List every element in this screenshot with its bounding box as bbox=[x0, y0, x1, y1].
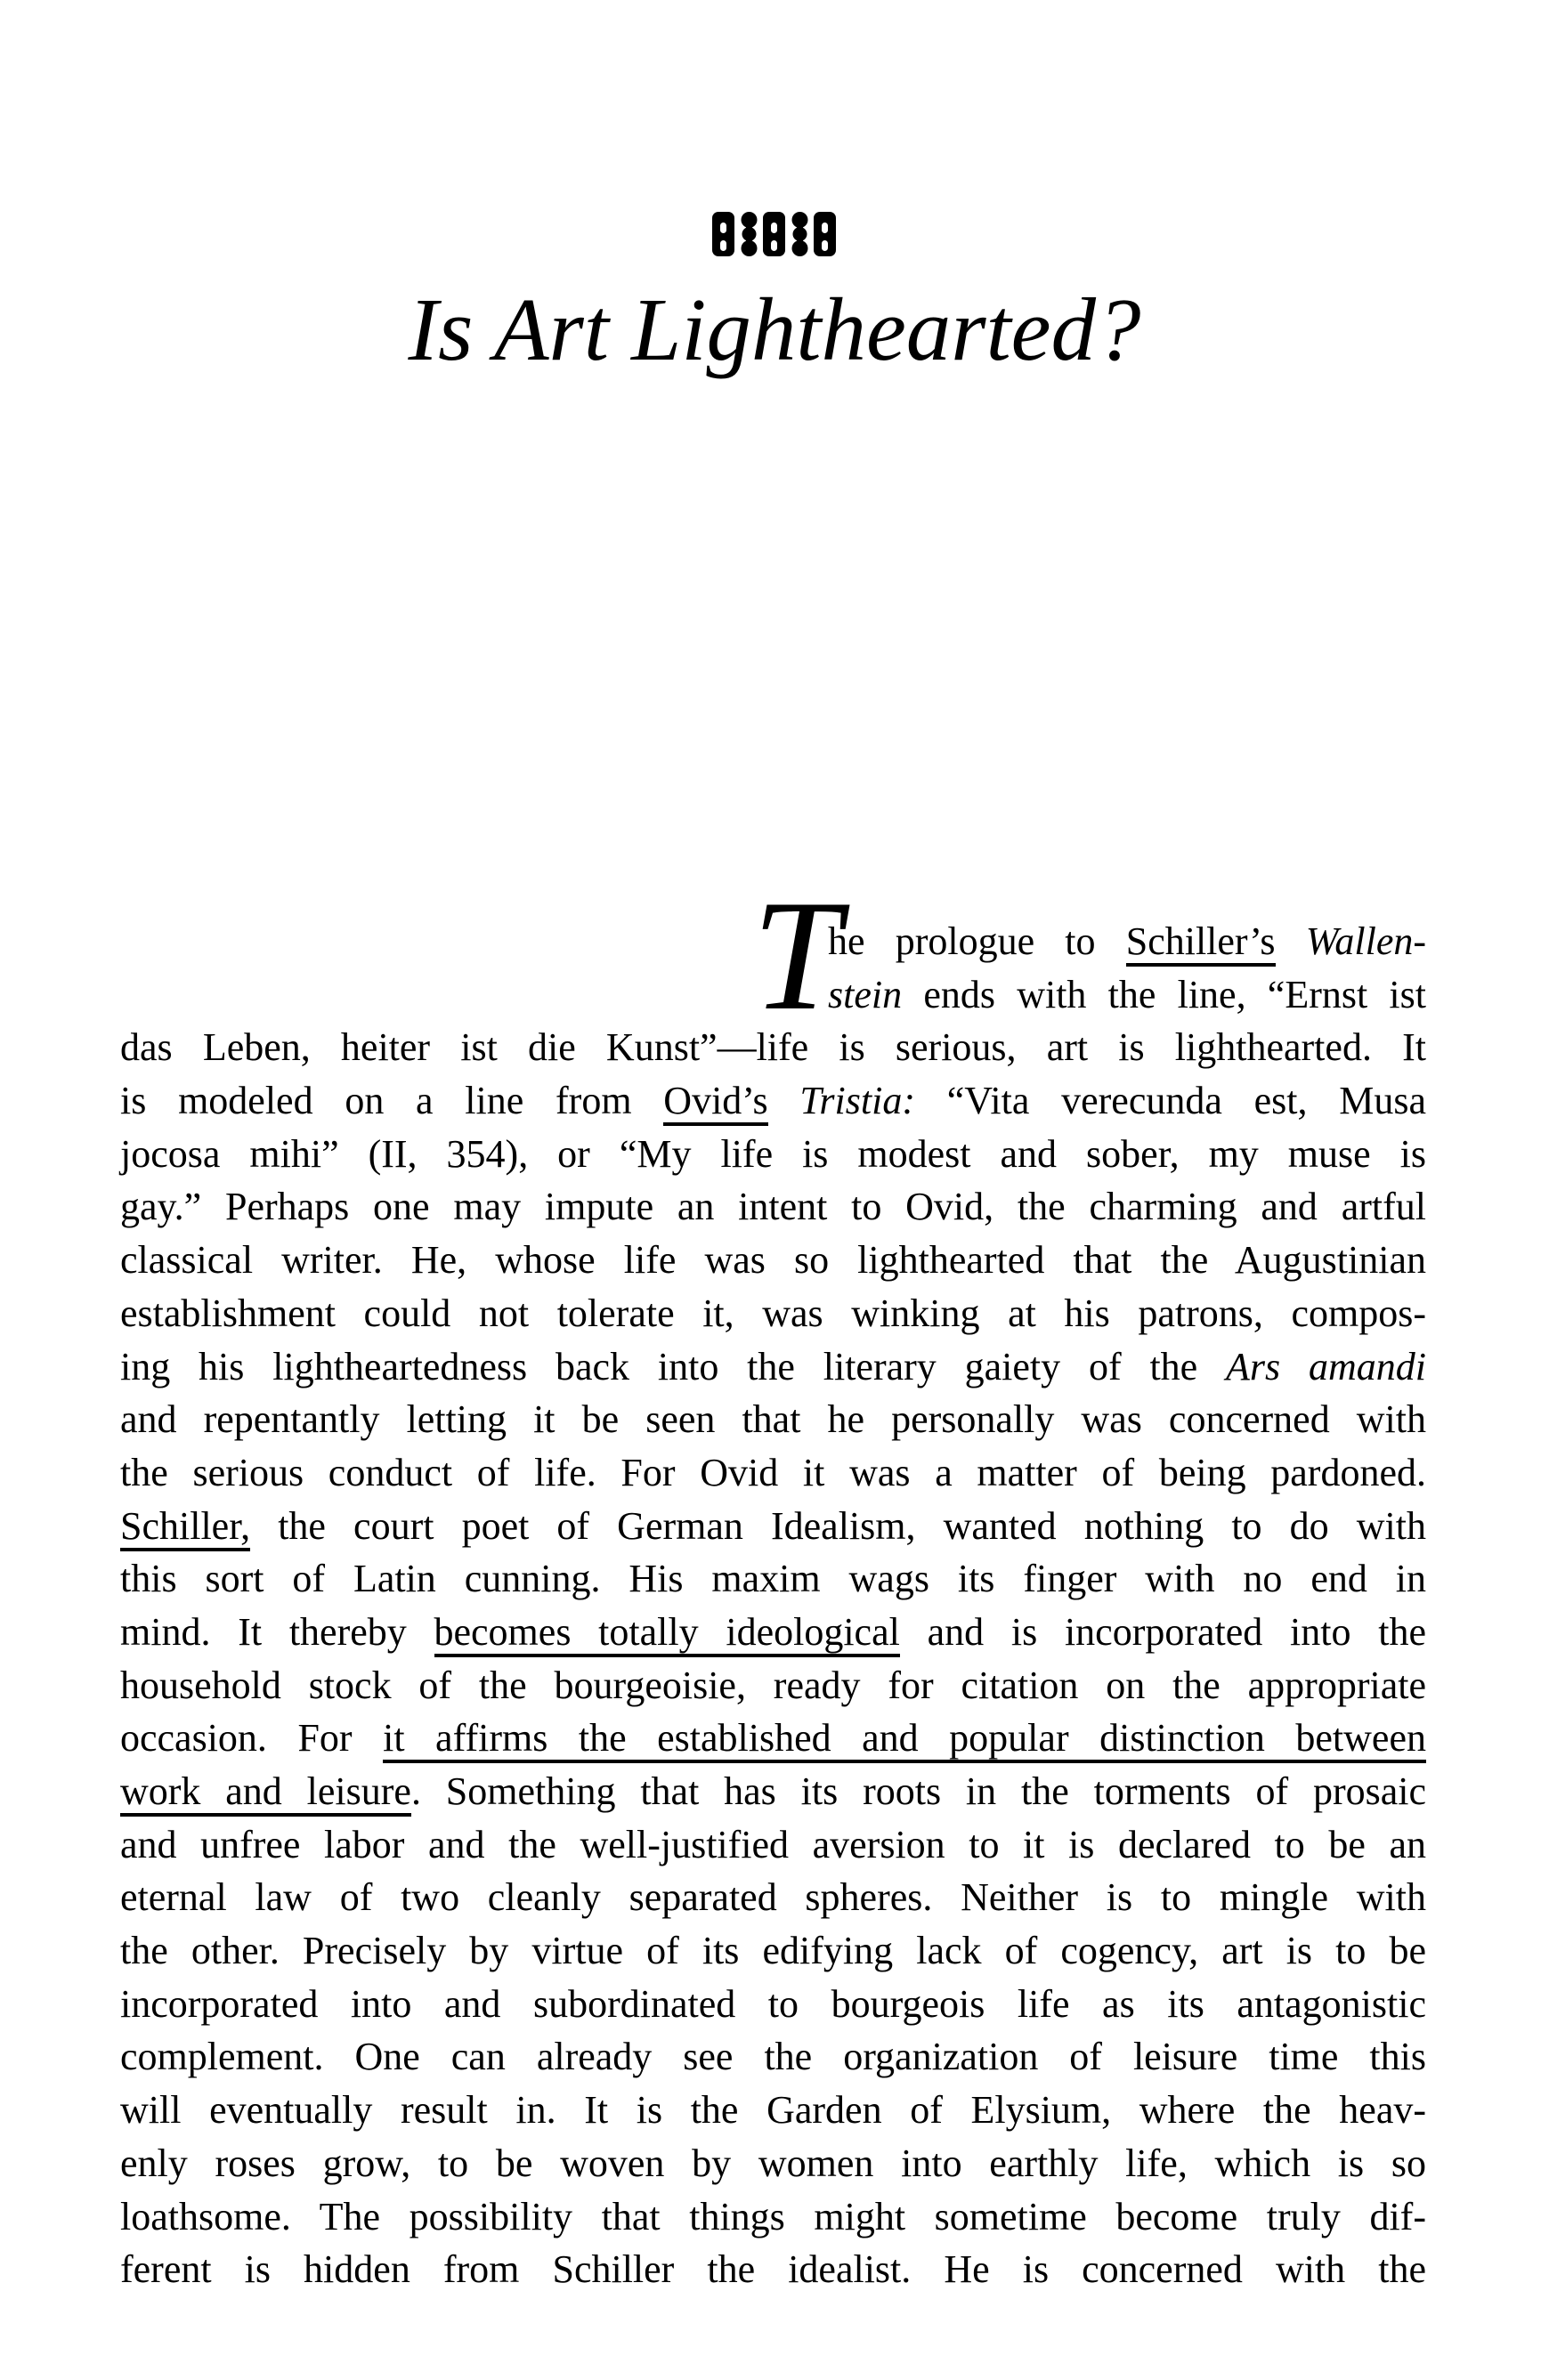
underlined-text-segment: it affirms the established and popular d… bbox=[383, 1716, 1426, 1763]
text-line: he prologue to Schiller’s Wallen- bbox=[828, 915, 1426, 968]
text-segment: ends with the line, “Ernst ist bbox=[902, 973, 1426, 1016]
text-segment: loathsome. The possibility that things m… bbox=[120, 2195, 1426, 2238]
text-line: loathsome. The possibility that things m… bbox=[120, 2190, 1426, 2244]
text-line: stein ends with the line, “Ernst ist bbox=[828, 968, 1426, 1022]
text-segment: enly roses grow, to be woven by women in… bbox=[120, 2141, 1426, 2185]
text-line: jocosa mihi” (II, 354), or “My life is m… bbox=[120, 1128, 1426, 1181]
underlined-text-segment: Schiller’s bbox=[1126, 919, 1276, 967]
text-segment: mind. It thereby bbox=[120, 1610, 434, 1654]
text-segment: jocosa mihi” (II, 354), or “My life is m… bbox=[120, 1132, 1426, 1176]
text-segment: household stock of the bourgeoisie, read… bbox=[120, 1664, 1426, 1707]
text-line: ing his lightheartedness back into the l… bbox=[120, 1340, 1426, 1394]
text-line: ferent is hidden from Schiller the ideal… bbox=[120, 2243, 1426, 2296]
text-line: Schiller, the court poet of German Ideal… bbox=[120, 1500, 1426, 1553]
text-segment: the serious conduct of life. For Ovid it… bbox=[120, 1451, 1426, 1494]
text-segment: and repentantly letting it be seen that … bbox=[120, 1397, 1426, 1441]
underlined-text-segment: becomes totally ideological bbox=[434, 1610, 900, 1657]
text-line: will eventually result in. It is the Gar… bbox=[120, 2084, 1426, 2137]
text-segment: the court poet of German Idealism, wante… bbox=[250, 1504, 1426, 1548]
text-line: das Leben, heiter ist die Kunst”—life is… bbox=[120, 1021, 1426, 1074]
text-segment: and is incorporated into the bbox=[900, 1610, 1426, 1654]
underlined-text-segment: work and leisure bbox=[120, 1769, 411, 1817]
text-segment bbox=[768, 1079, 800, 1122]
text-line: gay.” Perhaps one may impute an intent t… bbox=[120, 1180, 1426, 1234]
text-line: incorporated into and subordinated to bo… bbox=[120, 1978, 1426, 2031]
text-segment: complement. One can already see the orga… bbox=[120, 2035, 1426, 2078]
body-text: he prologue to Schiller’s Wallen-stein e… bbox=[120, 915, 1426, 2296]
text-segment: incorporated into and subordinated to bo… bbox=[120, 1982, 1426, 2026]
text-line: the serious conduct of life. For Ovid it… bbox=[120, 1446, 1426, 1500]
text-segment: Tristia: bbox=[799, 1079, 915, 1122]
text-line: household stock of the bourgeoisie, read… bbox=[120, 1659, 1426, 1712]
text-segment: ing his lightheartedness back into the l… bbox=[120, 1345, 1226, 1388]
text-line: establishment could not tolerate it, was… bbox=[120, 1287, 1426, 1340]
text-line: enly roses grow, to be woven by women in… bbox=[120, 2137, 1426, 2190]
text-line: classical writer. He, whose life was so … bbox=[120, 1234, 1426, 1287]
text-segment: the other. Precisely by virtue of its ed… bbox=[120, 1929, 1426, 1972]
text-segment: “Vita verecunda est, Musa bbox=[915, 1079, 1426, 1122]
text-segment: classical writer. He, whose life was so … bbox=[120, 1238, 1426, 1282]
underlined-text-segment: Schiller, bbox=[120, 1504, 250, 1551]
text-segment: gay.” Perhaps one may impute an intent t… bbox=[120, 1185, 1426, 1228]
text-segment: ferent is hidden from Schiller the ideal… bbox=[120, 2247, 1426, 2291]
text-line: mind. It thereby becomes totally ideolog… bbox=[120, 1606, 1426, 1659]
text-segment: das Leben, heiter ist die Kunst”—life is… bbox=[120, 1025, 1426, 1069]
chapter-ornament-icon bbox=[712, 211, 837, 262]
text-segment: . Something that has its roots in the to… bbox=[411, 1769, 1426, 1813]
book-page: Is Art Lighthearted? T he prologue to Sc… bbox=[0, 0, 1549, 2380]
text-line: and repentantly letting it be seen that … bbox=[120, 1393, 1426, 1446]
text-line: and unfree labor and the well-justified … bbox=[120, 1818, 1426, 1872]
text-segment: will eventually result in. It is the Gar… bbox=[120, 2088, 1426, 2132]
text-line: complement. One can already see the orga… bbox=[120, 2030, 1426, 2084]
text-line: occasion. For it affirms the established… bbox=[120, 1712, 1426, 1765]
text-segment: establishment could not tolerate it, was… bbox=[120, 1291, 1426, 1335]
text-segment: Ars amandi bbox=[1226, 1345, 1426, 1388]
text-line: is modeled on a line from Ovid’s Tristia… bbox=[120, 1074, 1426, 1128]
text-line: the other. Precisely by virtue of its ed… bbox=[120, 1924, 1426, 1978]
underlined-text-segment: Ovid’s bbox=[663, 1079, 767, 1126]
text-line: this sort of Latin cunning. His maxim wa… bbox=[120, 1552, 1426, 1606]
text-line: work and leisure. Something that has its… bbox=[120, 1765, 1426, 1818]
text-segment: this sort of Latin cunning. His maxim wa… bbox=[120, 1557, 1426, 1600]
text-segment: and unfree labor and the well-justified … bbox=[120, 1823, 1426, 1866]
text-segment: Wallen- bbox=[1306, 919, 1426, 963]
chapter-title: Is Art Lighthearted? bbox=[0, 285, 1549, 375]
text-segment bbox=[1276, 919, 1306, 963]
text-segment: eternal law of two cleanly separated sph… bbox=[120, 1875, 1426, 1919]
text-segment: he prologue to bbox=[828, 919, 1126, 963]
text-segment: is modeled on a line from bbox=[120, 1079, 663, 1122]
text-line: eternal law of two cleanly separated sph… bbox=[120, 1871, 1426, 1924]
text-segment: occasion. For bbox=[120, 1716, 383, 1760]
text-segment: stein bbox=[828, 973, 902, 1016]
